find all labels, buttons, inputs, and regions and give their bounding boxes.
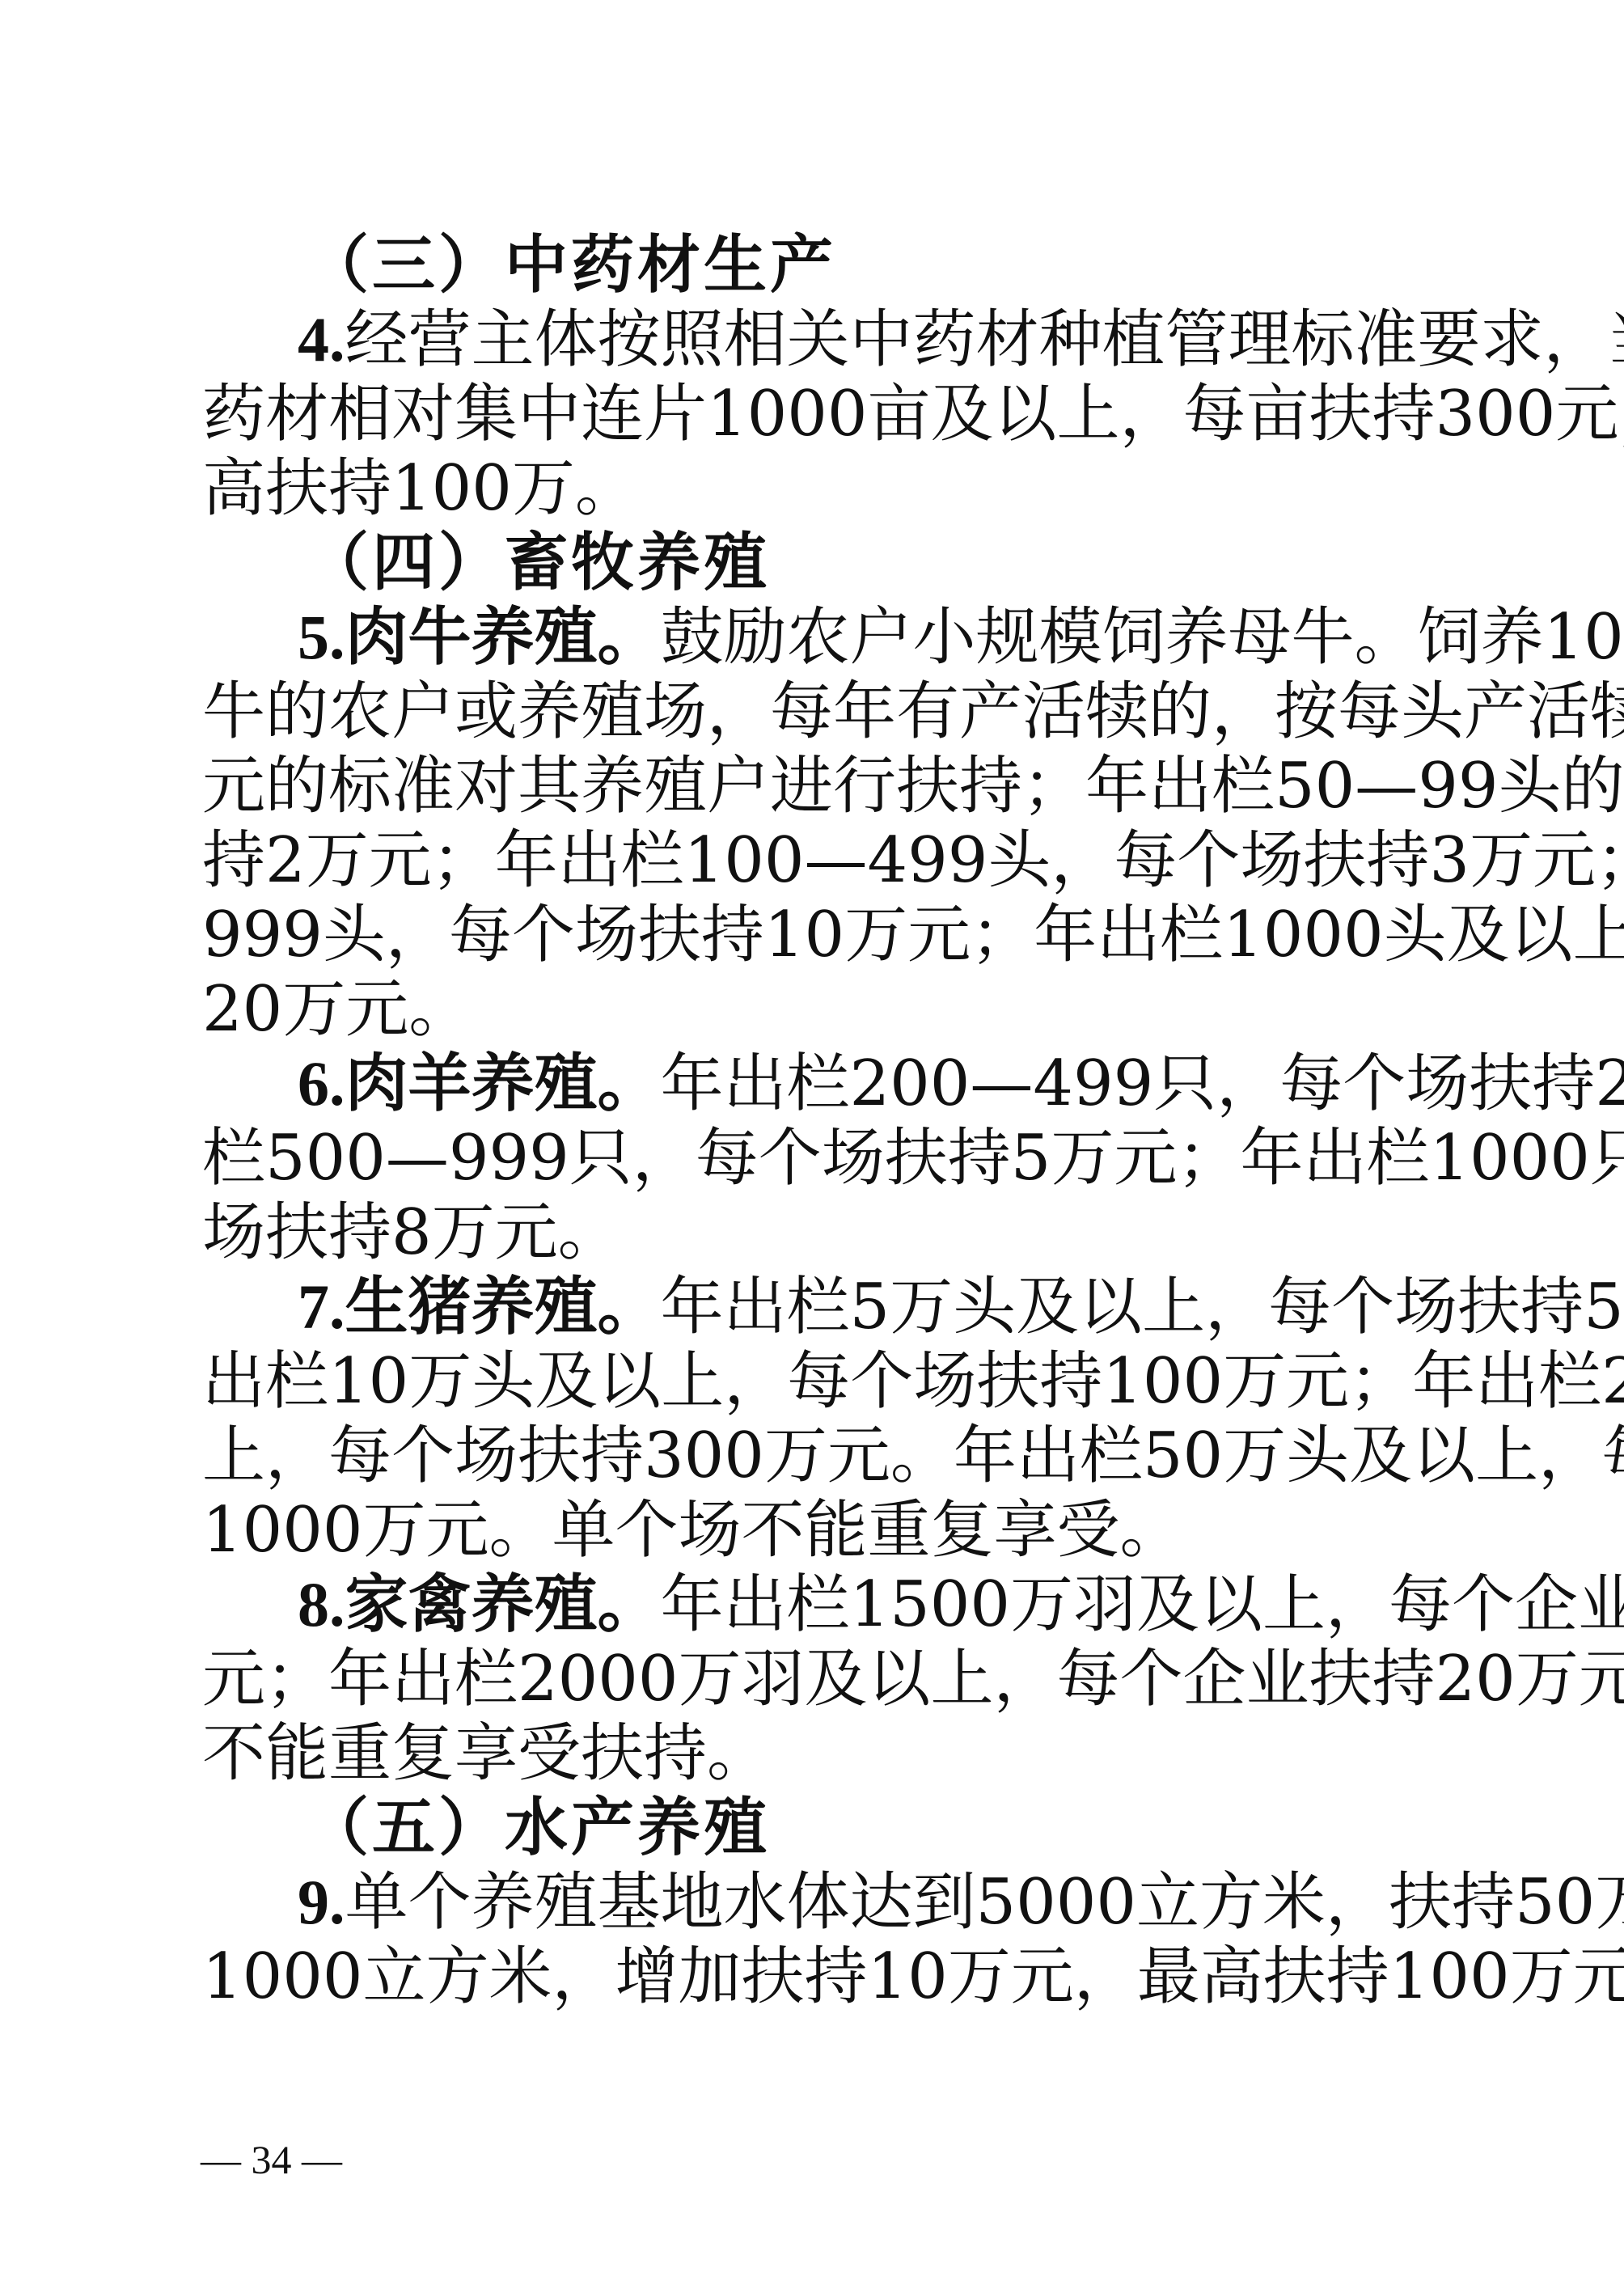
paragraph-5-beef-cattle: 5.肉牛养殖。鼓励农户小规模饲养母牛。饲养10头及以上母 牛的农户或养殖场，每年… [202,600,1432,1047]
document-page: （三）中药材生产 4.经营主体按照相关中药材种植管理标准要求，当年新种中 药材相… [202,228,1432,2014]
section-heading-aquaculture: （五）水产养殖 [202,1791,1432,1865]
paragraph-line: 上，每个场扶持300万元。年出栏50万头及以上，每个场扶持 [202,1419,1432,1493]
paragraph-line: 元；年出栏2000万羽及以上，每个企业扶持20万元。单个企业 [202,1642,1432,1716]
paragraph-number: 8. [298,1569,345,1639]
paragraph-text: 年出栏1500万羽及以上，每个企业扶持10万 [661,1568,1624,1641]
paragraph-title: 肉牛养殖。 [345,600,661,674]
paragraph-line: 1000万元。单个场不能重复享受。 [202,1493,1432,1567]
paragraph-line: 元的标准对其养殖户进行扶持；年出栏50—99头的，每个场扶 [202,749,1432,823]
paragraph-title: 肉羊养殖。 [345,1047,661,1120]
page-number: — 34 — [201,2135,342,2184]
paragraph-line: 不能重复享受扶持。 [202,1716,1432,1791]
paragraph-line: 持2万元；年出栏100—499头，每个场扶持3万元；年出栏500— [202,823,1432,898]
paragraph-line: 栏500—999只，每个场扶持5万元；年出栏1000只及以上，每个 [202,1121,1432,1195]
paragraph-number: 5. [298,602,345,672]
paragraph-number: 7. [298,1271,345,1342]
section-heading-livestock: （四）畜牧养殖 [202,526,1432,600]
paragraph-text: 单个养殖基地水体达到5000立方米，扶持50万元，每超过 [345,1866,1624,1939]
paragraph-line: 高扶持100万。 [202,451,1432,526]
paragraph-line: 牛的农户或养殖场，每年有产活犊的，按每头产活犊母牛1000 [202,675,1432,749]
paragraph-7-hog-farming: 7.生猪养殖。年出栏5万头及以上，每个场扶持50万元；年 出栏10万头及以上，每… [202,1270,1432,1567]
paragraph-9-aquaculture-base: 9.单个养殖基地水体达到5000立方米，扶持50万元，每超过 1000立方米，增… [202,1865,1432,2014]
paragraph-line: 场扶持8万元。 [202,1195,1432,1270]
paragraph-8-poultry: 8.家禽养殖。年出栏1500万羽及以上，每个企业扶持10万 元；年出栏2000万… [202,1567,1432,1791]
paragraph-line: 8.家禽养殖。年出栏1500万羽及以上，每个企业扶持10万 [202,1567,1432,1642]
paragraph-line: 6.肉羊养殖。年出栏200—499只，每个场扶持2万元；年出 [202,1047,1432,1121]
paragraph-text: 年出栏5万头及以上，每个场扶持50万元；年 [661,1271,1624,1343]
paragraph-line: 999头，每个场扶持10万元；年出栏1000头及以上，每个场扶持 [202,898,1432,972]
paragraph-6-mutton-sheep: 6.肉羊养殖。年出栏200—499只，每个场扶持2万元；年出 栏500—999只… [202,1047,1432,1270]
paragraph-4-herbal-planting: 4.经营主体按照相关中药材种植管理标准要求，当年新种中 药材相对集中连片1000… [202,302,1432,526]
paragraph-title: 生猪养殖。 [345,1270,661,1343]
paragraph-number: 6. [298,1048,345,1119]
paragraph-text: 鼓励农户小规模饲养母牛。饲养10头及以上母 [661,601,1624,674]
paragraph-line: 出栏10万头及以上，每个场扶持100万元；年出栏20万头及以 [202,1344,1432,1419]
paragraph-line: 1000立方米，增加扶持10万元，最高扶持100万元；支持新创建 [202,1940,1432,2014]
paragraph-line: 5.肉牛养殖。鼓励农户小规模饲养母牛。饲养10头及以上母 [202,600,1432,675]
section-heading-herbal-medicine: （三）中药材生产 [202,228,1432,302]
paragraph-line: 7.生猪养殖。年出栏5万头及以上，每个场扶持50万元；年 [202,1270,1432,1344]
paragraph-line: 9.单个养殖基地水体达到5000立方米，扶持50万元，每超过 [202,1865,1432,1940]
paragraph-text: 经营主体按照相关中药材种植管理标准要求，当年新种中 [345,303,1624,376]
paragraph-number: 9. [298,1867,345,1937]
paragraph-title: 家禽养殖。 [345,1567,661,1641]
paragraph-line: 20万元。 [202,972,1432,1047]
paragraph-line: 4.经营主体按照相关中药材种植管理标准要求，当年新种中 [202,302,1432,377]
paragraph-number: 4. [298,304,345,374]
paragraph-text: 年出栏200—499只，每个场扶持2万元；年出 [661,1047,1624,1120]
paragraph-line: 药材相对集中连片1000亩及以上，每亩扶持300元，单个主体最 [202,377,1432,451]
